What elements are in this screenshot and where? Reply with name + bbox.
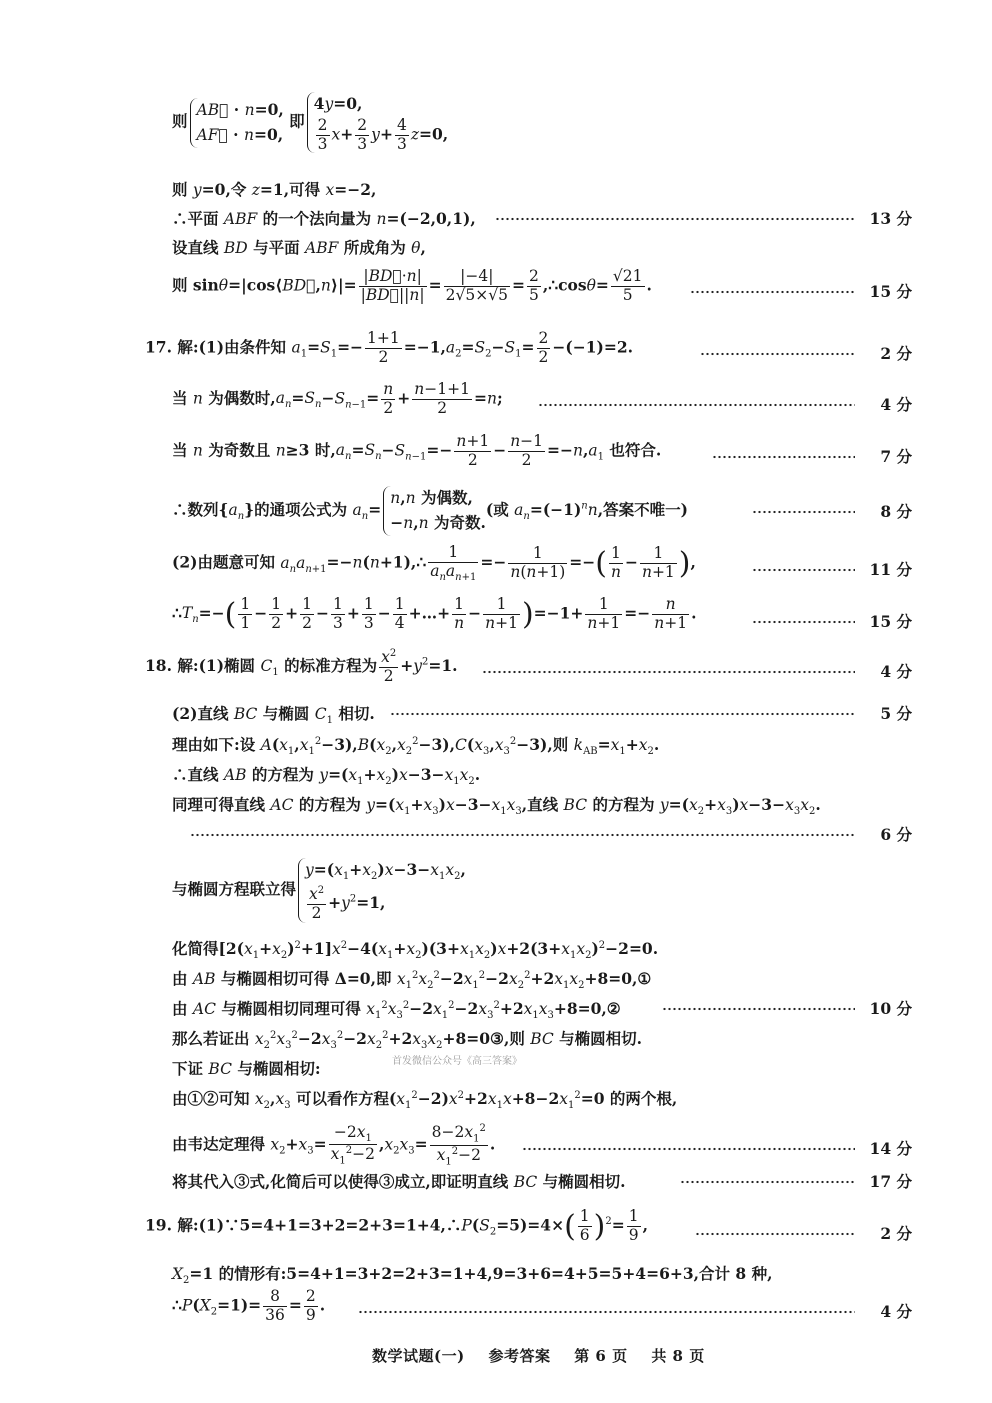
footer-total: 共 8 页 [651, 1347, 704, 1365]
leader-dots [695, 1232, 855, 1236]
footer-page: 第 6 页 [574, 1347, 627, 1365]
answer-key-page: 则AB⃗ · n=0,AF⃗ · n=0, 即4y=0,23x+23y+43z=… [0, 0, 992, 1403]
score-label: 4 分 [880, 660, 912, 682]
leader-dots [752, 620, 855, 624]
score-label: 8 分 [880, 500, 912, 522]
score-label: 14 分 [870, 1137, 912, 1159]
q16-system: 则AB⃗ · n=0,AF⃗ · n=0, 即4y=0,23x+23y+43z=… [172, 92, 448, 153]
leader-dots [752, 568, 855, 572]
score-label: 2 分 [880, 342, 912, 364]
leader-dots [662, 1007, 855, 1011]
leader-dots [190, 833, 855, 837]
score-label: 4 分 [880, 1300, 912, 1322]
score-label: 17 分 [870, 1170, 912, 1192]
leader-dots [712, 455, 855, 459]
score-label: 4 分 [880, 393, 912, 415]
leader-dots [522, 1147, 855, 1151]
score-label: 13 分 [870, 207, 912, 229]
score-label: 2 分 [880, 1222, 912, 1244]
watermark: 首发微信公众号《高三答案》 [392, 1052, 522, 1067]
page-footer: 数学试题(一) 参考答案 第 6 页 共 8 页 [372, 1345, 723, 1366]
leader-dots [690, 290, 855, 294]
leader-dots [752, 510, 855, 514]
footer-label: 参考答案 [488, 1347, 550, 1365]
leader-dots [680, 1180, 855, 1184]
leader-dots [495, 217, 855, 221]
leader-dots [700, 352, 855, 356]
leader-dots [358, 1310, 855, 1314]
score-label: 10 分 [870, 997, 912, 1019]
score-label: 7 分 [880, 445, 912, 467]
footer-title: 数学试题(一) [372, 1347, 465, 1365]
score-label: 11 分 [870, 558, 912, 580]
leader-dots [482, 670, 855, 674]
score-label: 15 分 [870, 610, 912, 632]
score-label: 6 分 [880, 823, 912, 845]
leader-dots [390, 712, 855, 716]
score-label: 5 分 [880, 702, 912, 724]
leader-dots [538, 403, 855, 407]
score-label: 15 分 [870, 280, 912, 302]
